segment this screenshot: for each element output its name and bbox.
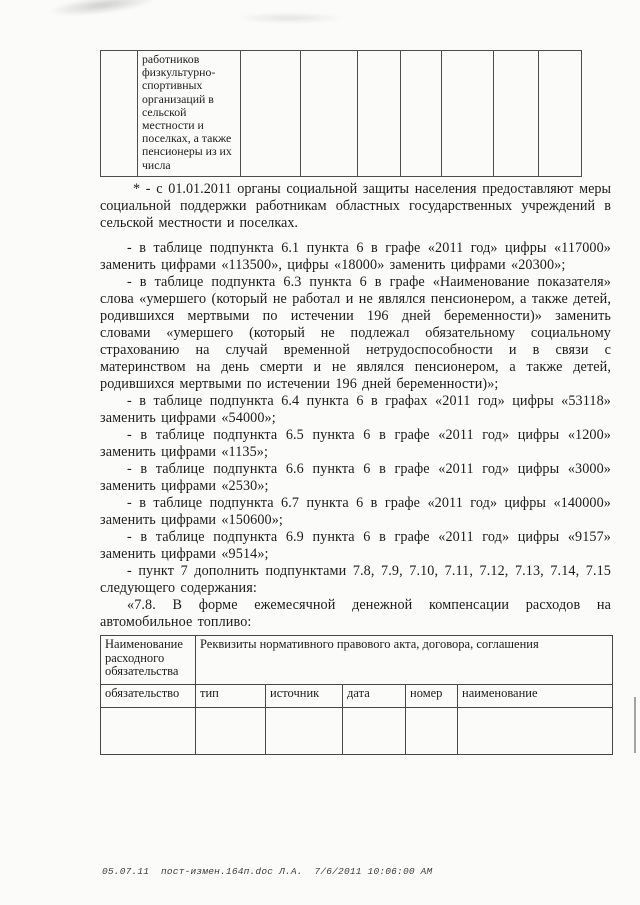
header-cell-requisites: Реквизиты нормативного правового акта, д…	[196, 635, 613, 684]
table-cell-empty	[442, 51, 494, 177]
subheader-cell: источник	[266, 684, 343, 707]
subheader-cell: тип	[196, 684, 266, 707]
scan-smudge-artifact	[47, 0, 158, 21]
amendment-paragraph: - в таблице подпункта 6.5 пункта 6 в гра…	[100, 427, 611, 461]
subheader-cell: наименование	[458, 684, 613, 707]
scan-edge-line-artifact	[634, 697, 636, 753]
footnote-text: * - с 01.01.2011 органы социальной защит…	[100, 181, 611, 232]
amendment-paragraph: - в таблице подпункта 6.9 пункта 6 в гра…	[100, 529, 611, 563]
subheader-cell: дата	[343, 684, 406, 707]
subheader-cell: номер	[406, 684, 458, 707]
table-cell-empty	[241, 51, 301, 177]
table-cell-empty	[196, 707, 266, 754]
table-header-row: Наименование расходного обязательства Ре…	[101, 635, 613, 684]
table-cell-empty	[101, 51, 138, 177]
amendment-paragraph: - в таблице подпункта 6.7 пункта 6 в гра…	[100, 495, 611, 529]
table-cell-recipients-text: работников физкультурно-спортивных орган…	[138, 51, 241, 177]
table-cell-empty	[458, 707, 613, 754]
table-cell-empty	[401, 51, 442, 177]
table-cell-empty	[539, 51, 582, 177]
table-cell-empty	[101, 707, 196, 754]
table-cell-empty	[266, 707, 343, 754]
document-content: работников физкультурно-спортивных орган…	[100, 50, 611, 755]
amendment-paragraph: - в таблице подпункта 6.3 пункта 6 в гра…	[100, 274, 611, 393]
header-cell-obligation-name: Наименование расходного обязательства	[101, 635, 196, 684]
expense-obligation-table: Наименование расходного обязательства Ре…	[100, 635, 613, 755]
table-subheader-row: обязательство тип источник дата номер на…	[101, 684, 613, 707]
subpoint-7-8-heading: «7.8. В форме ежемесячной денежной компе…	[100, 597, 611, 631]
table-empty-row	[101, 707, 613, 754]
amendment-paragraph: - в таблице подпункта 6.4 пункта 6 в гра…	[100, 393, 611, 427]
scan-smudge-artifact	[235, 12, 345, 24]
table-row: работников физкультурно-спортивных орган…	[101, 51, 582, 177]
table-cell-empty	[358, 51, 401, 177]
table-cell-empty	[494, 51, 539, 177]
benefit-recipients-table-fragment: работников физкультурно-спортивных орган…	[100, 50, 582, 177]
document-footer-stamp: 05.07.11 пост-измен.164п.doc Л.А. 7/6/20…	[102, 866, 432, 877]
table-cell-empty	[301, 51, 358, 177]
amendment-paragraph: - в таблице подпункта 6.6 пункта 6 в гра…	[100, 461, 611, 495]
amendment-paragraph: - в таблице подпункта 6.1 пункта 6 в гра…	[100, 240, 611, 274]
table-cell-empty	[343, 707, 406, 754]
scanned-document-page: работников физкультурно-спортивных орган…	[0, 0, 640, 905]
amendment-paragraph: - пункт 7 дополнить подпунктами 7.8, 7.9…	[100, 563, 611, 597]
subheader-cell: обязательство	[101, 684, 196, 707]
table-cell-empty	[406, 707, 458, 754]
